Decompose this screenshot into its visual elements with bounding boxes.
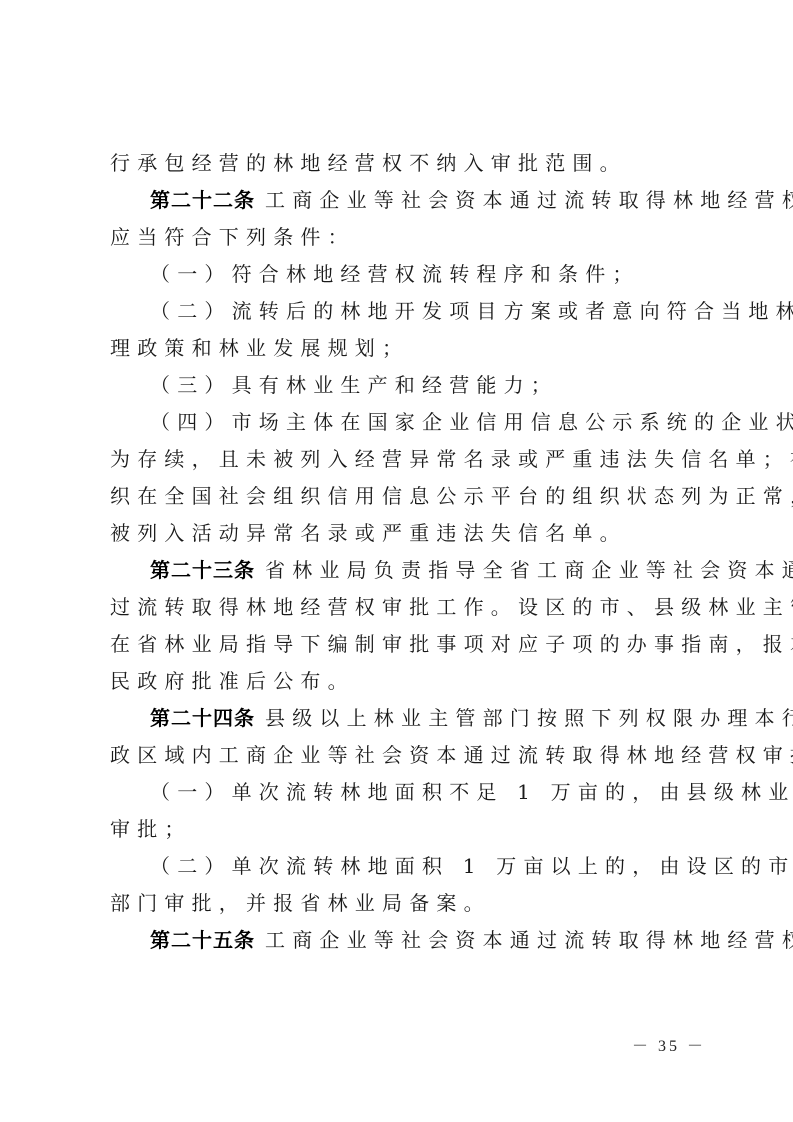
document-page: 行承包经营的林地经营权不纳入审批范围。 第二十二条工商企业等社会资本通过流转取得… — [0, 0, 793, 1122]
text-line: （四）市场主体在国家企业信用信息公示系统的企业状态列 — [110, 407, 694, 437]
page-number: － 35 － — [632, 1033, 706, 1056]
line-text: 工商企业等社会资本通过流转取得林地经营权 — [265, 188, 793, 212]
line-text: 应当符合下列条件： — [110, 225, 355, 249]
line-text: （一）单次流转林地面积不足 1 万亩的，由县级林业主管部门 — [150, 780, 793, 804]
article-number: 第二十四条 — [150, 706, 255, 730]
line-text: 政区域内工商企业等社会资本通过流转取得林地经营权审批： — [110, 743, 793, 767]
line-text: 过流转取得林地经营权审批工作。设区的市、县级林业主管部门 — [110, 595, 793, 619]
line-text: （一）符合林地经营权流转程序和条件； — [150, 262, 640, 286]
line-text: 被列入活动异常名录或严重违法失信名单。 — [110, 521, 627, 545]
text-line: （一）单次流转林地面积不足 1 万亩的，由县级林业主管部门 — [110, 777, 694, 807]
line-text: 县级以上林业主管部门按照下列权限办理本行 — [265, 706, 793, 730]
text-line: 过流转取得林地经营权审批工作。设区的市、县级林业主管部门 — [110, 592, 694, 622]
text-line: （三）具有林业生产和经营能力； — [110, 370, 694, 400]
line-text: （三）具有林业生产和经营能力； — [150, 373, 558, 397]
text-line: 第二十五条工商企业等社会资本通过流转取得林地经营权， — [110, 925, 694, 955]
line-text: 审批； — [110, 817, 192, 841]
line-text: （二）单次流转林地面积 1 万亩以上的，由设区的市林业主管 — [150, 854, 793, 878]
text-line: 审批； — [110, 814, 694, 844]
text-line: （一）符合林地经营权流转程序和条件； — [110, 259, 694, 289]
line-text: 织在全国社会组织信用信息公示平台的组织状态列为正常，且未 — [110, 484, 793, 508]
article-number: 第二十三条 — [150, 558, 255, 582]
line-text: （四）市场主体在国家企业信用信息公示系统的企业状态列 — [150, 410, 793, 434]
line-text: 理政策和林业发展规划； — [110, 336, 409, 360]
text-line: 第二十四条县级以上林业主管部门按照下列权限办理本行 — [110, 703, 694, 733]
text-line: 在省林业局指导下编制审批事项对应子项的办事指南，报本级人 — [110, 629, 694, 659]
text-line: 民政府批准后公布。 — [110, 666, 694, 696]
text-line: （二）单次流转林地面积 1 万亩以上的，由设区的市林业主管 — [110, 851, 694, 881]
article-number: 第二十五条 — [150, 928, 255, 952]
line-text: 民政府批准后公布。 — [110, 669, 355, 693]
text-line: 政区域内工商企业等社会资本通过流转取得林地经营权审批： — [110, 740, 694, 770]
text-line: 理政策和林业发展规划； — [110, 333, 694, 363]
text-line: 第二十三条省林业局负责指导全省工商企业等社会资本通 — [110, 555, 694, 585]
text-line: 织在全国社会组织信用信息公示平台的组织状态列为正常，且未 — [110, 481, 694, 511]
article-number: 第二十二条 — [150, 188, 255, 212]
line-text: （二）流转后的林地开发项目方案或者意向符合当地林业管 — [150, 299, 793, 323]
text-line: 为存续，且未被列入经营异常名录或严重违法失信名单；社会组 — [110, 444, 694, 474]
line-text: 省林业局负责指导全省工商企业等社会资本通 — [265, 558, 793, 582]
text-line: 行承包经营的林地经营权不纳入审批范围。 — [110, 148, 694, 178]
line-text: 在省林业局指导下编制审批事项对应子项的办事指南，报本级人 — [110, 632, 793, 656]
text-line: 被列入活动异常名录或严重违法失信名单。 — [110, 518, 694, 548]
text-line: 部门审批，并报省林业局备案。 — [110, 888, 694, 918]
line-text: 为存续，且未被列入经营异常名录或严重违法失信名单；社会组 — [110, 447, 793, 471]
text-line: 应当符合下列条件： — [110, 222, 694, 252]
line-text: 部门审批，并报省林业局备案。 — [110, 891, 491, 915]
line-text: 工商企业等社会资本通过流转取得林地经营权， — [265, 928, 793, 952]
text-line: （二）流转后的林地开发项目方案或者意向符合当地林业管 — [110, 296, 694, 326]
text-line: 第二十二条工商企业等社会资本通过流转取得林地经营权 — [110, 185, 694, 215]
line-text: 行承包经营的林地经营权不纳入审批范围。 — [110, 151, 627, 175]
